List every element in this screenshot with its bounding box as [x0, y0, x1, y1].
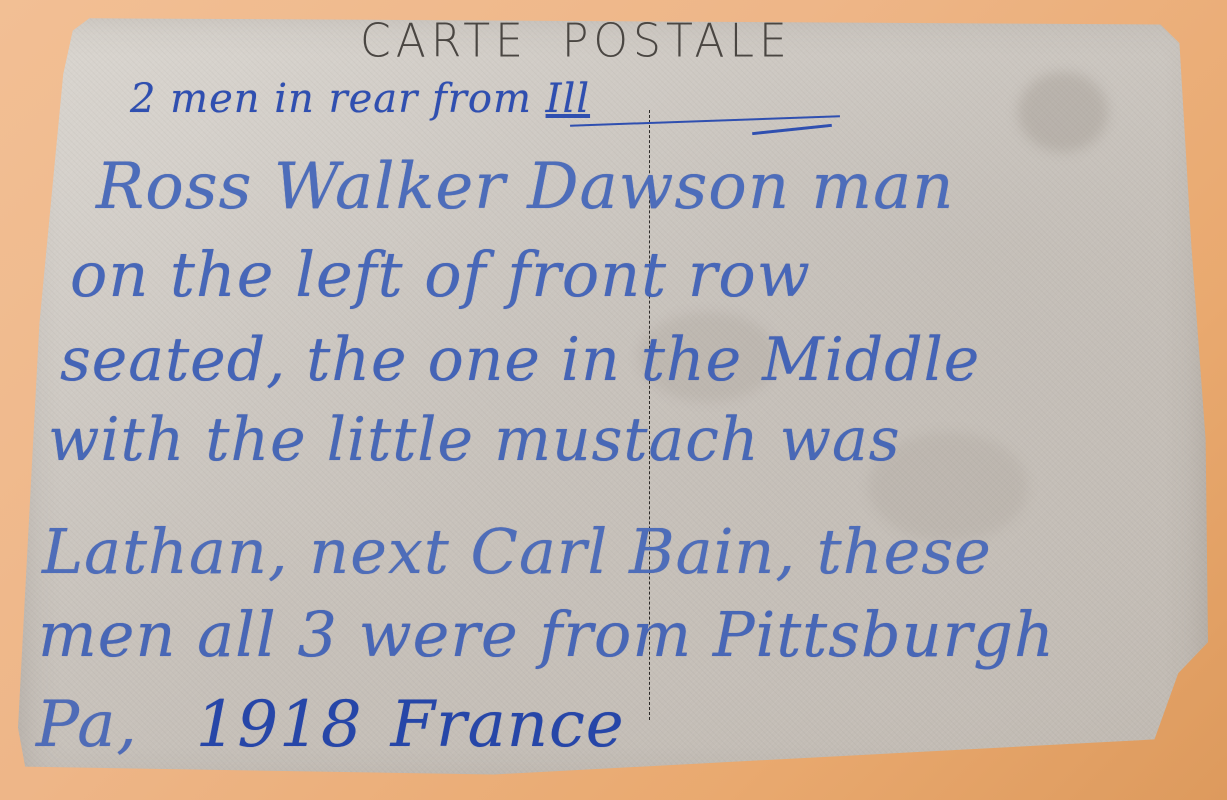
handwritten-year: 1918 [196, 688, 363, 762]
handwritten-line-5: Lathan, next Carl Bain, these [42, 515, 992, 588]
handwritten-text: 2 men in rear from [130, 76, 546, 122]
header-word-postale: POSTALE [562, 15, 792, 69]
handwritten-line-6: men all 3 were from Pittsburgh [38, 598, 1055, 671]
handwritten-state: Pa, [36, 688, 138, 762]
stain-mark [1018, 72, 1108, 152]
header-word-carte: CARTE [360, 15, 528, 69]
handwritten-place: France [391, 688, 625, 762]
handwritten-line-7: Pa,1918France [36, 688, 625, 762]
printed-header-carte-postale: CARTEPOSTALE [360, 15, 792, 69]
handwritten-line-3: seated, the one in the Middle [60, 325, 980, 395]
handwritten-underlined-text: Ill [546, 76, 590, 122]
postcard-back [18, 12, 1208, 790]
handwritten-line-0: 2 men in rear from Ill [130, 76, 590, 122]
handwritten-line-1: Ross Walker Dawson man [96, 150, 954, 224]
handwritten-line-4: with the little mustach was [48, 405, 901, 475]
handwritten-line-2: on the left of front row [70, 238, 811, 311]
